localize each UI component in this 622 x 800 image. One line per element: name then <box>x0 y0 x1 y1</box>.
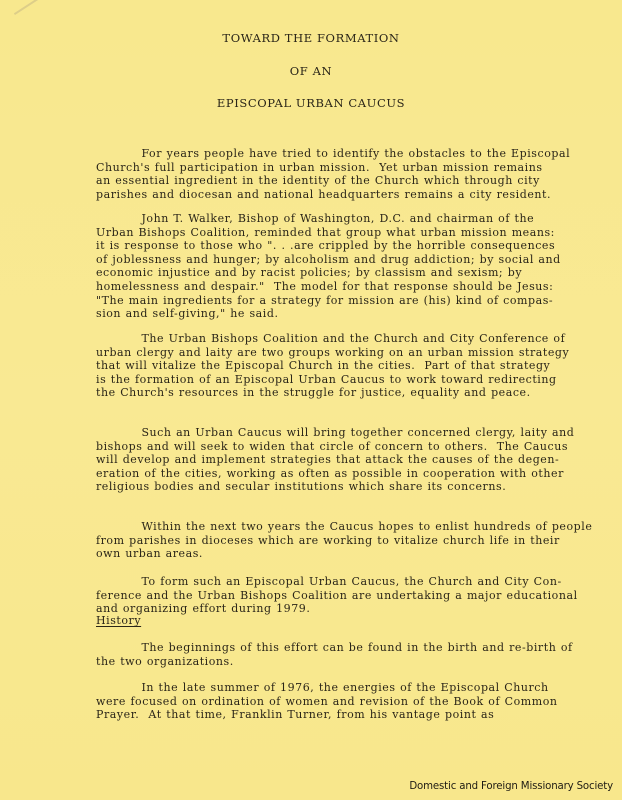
paragraph-organizing-effort: To form such an Episcopal Urban Caucus, … <box>96 575 576 616</box>
paragraph-caucus-goals: Such an Urban Caucus will bring together… <box>96 426 576 494</box>
title-line-3: EPISCOPAL URBAN CAUCUS <box>0 96 622 110</box>
paragraph-walker-quote: John T. Walker, Bishop of Washington, D.… <box>96 212 576 321</box>
section-heading-history: History <box>96 614 141 627</box>
paragraph-summer-1976: In the late summer of 1976, the energies… <box>96 681 576 722</box>
title-line-2: OF AN <box>0 64 622 78</box>
archive-credit: Domestic and Foreign Missionary Society <box>409 781 613 792</box>
paragraph-obstacles: For years people have tried to identify … <box>96 147 576 201</box>
paper-mark <box>14 0 40 15</box>
paragraph-beginnings: The beginnings of this effort can be fou… <box>96 641 576 668</box>
paragraph-enlist-parishes: Within the next two years the Caucus hop… <box>96 520 576 561</box>
paragraph-coalition-strategy: The Urban Bishops Coalition and the Chur… <box>96 332 576 400</box>
title-line-1: TOWARD THE FORMATION <box>0 31 622 45</box>
document-page: TOWARD THE FORMATION OF AN EPISCOPAL URB… <box>0 0 622 800</box>
